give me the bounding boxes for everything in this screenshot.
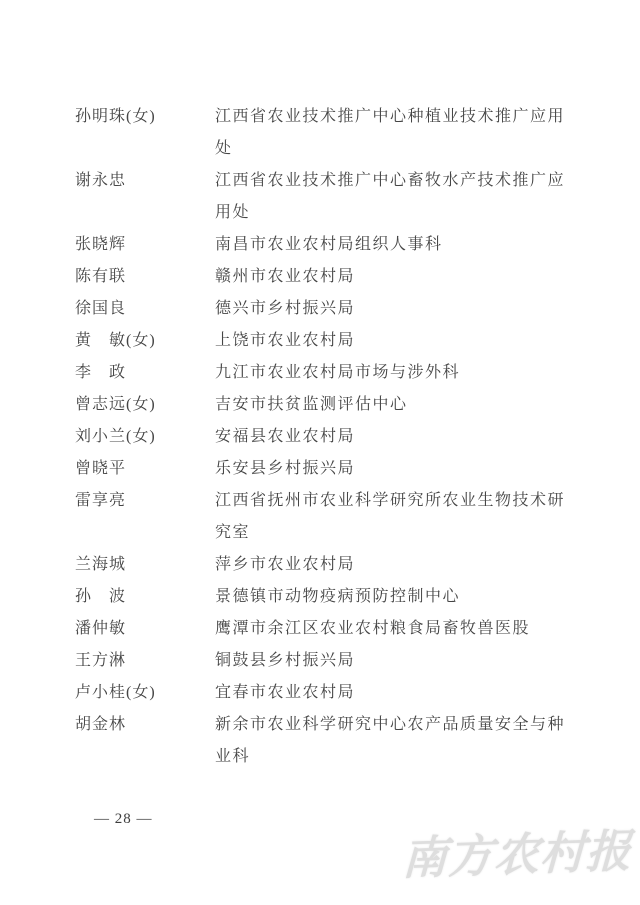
list-item: 徐国良 德兴市乡村振兴局 <box>75 293 565 325</box>
list-item: 雷享亮 江西省抚州市农业科学研究所农业生物技术研究室 <box>75 485 565 549</box>
list-item: 黄 敏(女) 上饶市农业农村局 <box>75 325 565 357</box>
person-name: 谢永忠 <box>75 165 215 197</box>
person-name: 陈有联 <box>75 261 215 293</box>
list-item: 胡金林 新余市农业科学研究中心农产品质量安全与种业科 <box>75 709 565 773</box>
document-page: 孙明珠(女) 江西省农业技术推广中心种植业技术推广应用处 谢永忠 江西省农业技术… <box>0 0 640 905</box>
list-item: 孙 波 景德镇市动物疫病预防控制中心 <box>75 581 565 613</box>
watermark: 南方农村报 <box>401 824 640 886</box>
list-item: 曾晓平 乐安县乡村振兴局 <box>75 453 565 485</box>
list-item: 王方淋 铜鼓县乡村振兴局 <box>75 645 565 677</box>
person-name: 兰海城 <box>75 549 215 581</box>
organization: 江西省农业技术推广中心种植业技术推广应用处 <box>215 101 565 165</box>
list-item: 潘仲敏 鹰潭市余江区农业农村粮食局畜牧兽医股 <box>75 613 565 645</box>
list-item: 兰海城 萍乡市农业农村局 <box>75 549 565 581</box>
list-item: 曾志远(女) 吉安市扶贫监测评估中心 <box>75 389 565 421</box>
page-number: — 28 — <box>94 810 153 828</box>
list-item: 李 政 九江市农业农村局市场与涉外科 <box>75 357 565 389</box>
organization: 赣州市农业农村局 <box>215 261 565 293</box>
organization: 江西省农业技术推广中心畜牧水产技术推广应用处 <box>215 165 565 229</box>
organization: 安福县农业农村局 <box>215 421 565 453</box>
organization: 铜鼓县乡村振兴局 <box>215 645 565 677</box>
organization: 景德镇市动物疫病预防控制中心 <box>215 581 565 613</box>
organization: 鹰潭市余江区农业农村粮食局畜牧兽医股 <box>215 613 565 645</box>
person-name: 卢小桂(女) <box>75 677 215 709</box>
list-item: 陈有联 赣州市农业农村局 <box>75 261 565 293</box>
organization: 吉安市扶贫监测评估中心 <box>215 389 565 421</box>
person-name: 胡金林 <box>75 709 215 741</box>
recipient-list: 孙明珠(女) 江西省农业技术推广中心种植业技术推广应用处 谢永忠 江西省农业技术… <box>75 101 565 773</box>
list-item: 谢永忠 江西省农业技术推广中心畜牧水产技术推广应用处 <box>75 165 565 229</box>
person-name: 徐国良 <box>75 293 215 325</box>
list-item: 孙明珠(女) 江西省农业技术推广中心种植业技术推广应用处 <box>75 101 565 165</box>
organization: 宜春市农业农村局 <box>215 677 565 709</box>
organization: 上饶市农业农村局 <box>215 325 565 357</box>
person-name: 曾志远(女) <box>75 389 215 421</box>
organization: 江西省抚州市农业科学研究所农业生物技术研究室 <box>215 485 565 549</box>
person-name: 曾晓平 <box>75 453 215 485</box>
person-name: 王方淋 <box>75 645 215 677</box>
organization: 萍乡市农业农村局 <box>215 549 565 581</box>
organization: 新余市农业科学研究中心农产品质量安全与种业科 <box>215 709 565 773</box>
list-item: 刘小兰(女) 安福县农业农村局 <box>75 421 565 453</box>
person-name: 李 政 <box>75 357 215 389</box>
list-item: 卢小桂(女) 宜春市农业农村局 <box>75 677 565 709</box>
organization: 南昌市农业农村局组织人事科 <box>215 229 565 261</box>
person-name: 雷享亮 <box>75 485 215 517</box>
person-name: 刘小兰(女) <box>75 421 215 453</box>
person-name: 张晓辉 <box>75 229 215 261</box>
organization: 九江市农业农村局市场与涉外科 <box>215 357 565 389</box>
organization: 德兴市乡村振兴局 <box>215 293 565 325</box>
organization: 乐安县乡村振兴局 <box>215 453 565 485</box>
person-name: 潘仲敏 <box>75 613 215 645</box>
person-name: 孙 波 <box>75 581 215 613</box>
person-name: 孙明珠(女) <box>75 101 215 133</box>
list-item: 张晓辉 南昌市农业农村局组织人事科 <box>75 229 565 261</box>
person-name: 黄 敏(女) <box>75 325 215 357</box>
